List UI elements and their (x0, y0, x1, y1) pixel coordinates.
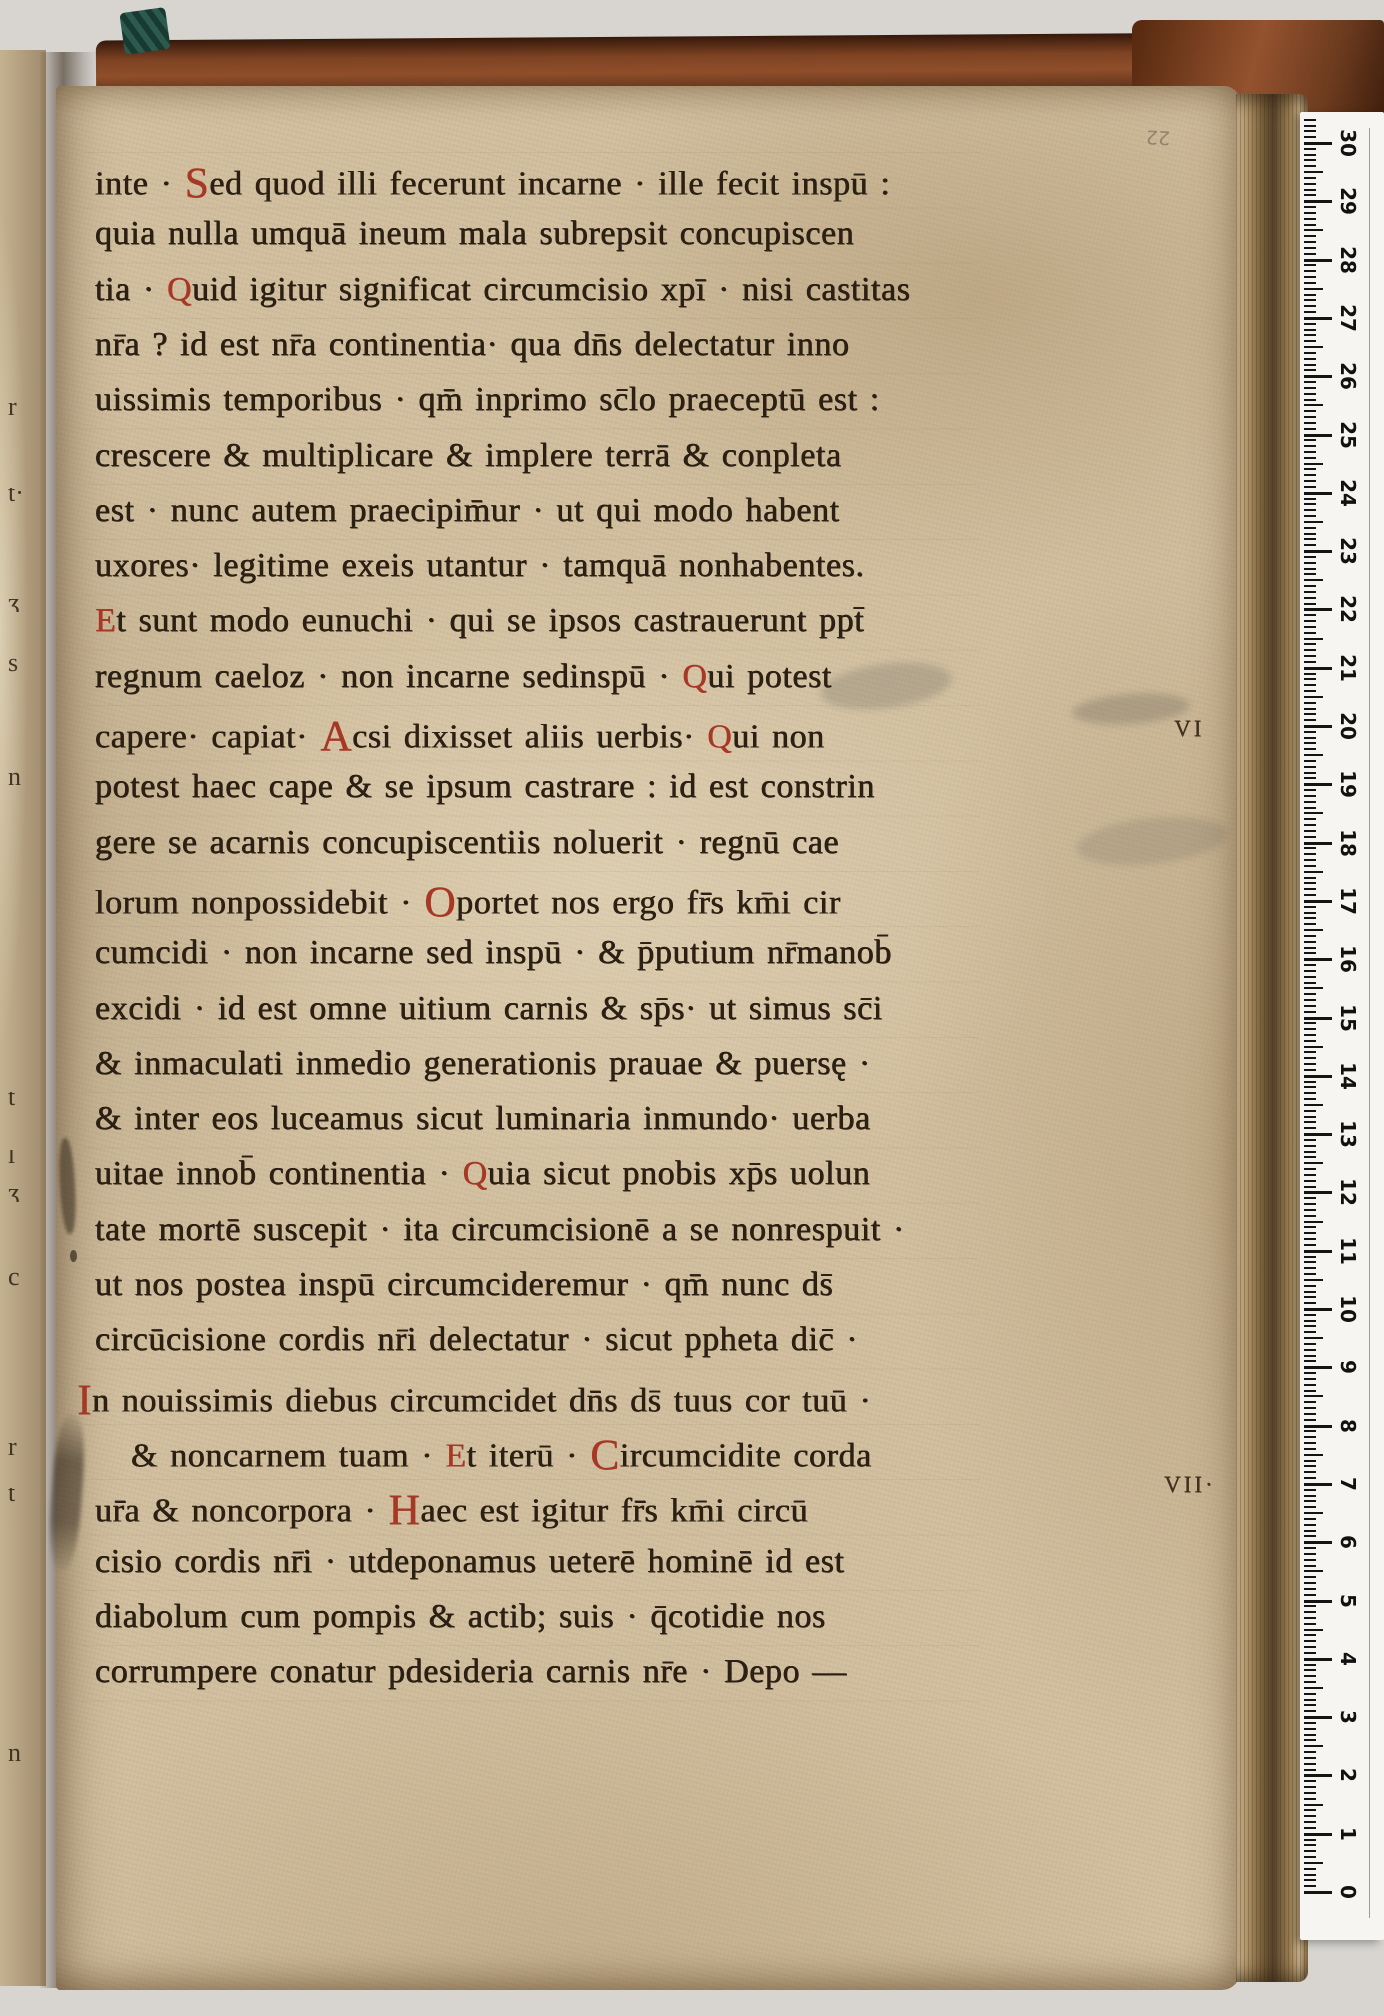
ruler-mm-tick (1304, 1051, 1316, 1053)
ruler-mm-tick (1304, 387, 1316, 389)
ruler-mm-tick (1304, 603, 1316, 605)
ruler-mm-tick (1304, 1436, 1316, 1438)
ruler-mm-tick (1304, 655, 1316, 657)
ruler-mm-tick (1304, 428, 1316, 430)
ruler-mm-tick (1304, 952, 1316, 954)
rubricated-initial: Q (167, 271, 192, 308)
text-block: inte · Sed quod illi fecerunt incarne · … (0, 0, 1384, 2016)
ruler-mm-tick (1304, 1442, 1316, 1444)
ruler-number: 18 (1336, 829, 1360, 857)
ruler-mm-tick (1304, 1267, 1316, 1269)
ruler-mm-tick (1304, 982, 1316, 984)
ruler-mm-tick (1304, 1792, 1316, 1794)
ruler-mm-tick (1304, 1524, 1316, 1526)
ruler-mm-tick (1304, 1005, 1316, 1007)
ruler-number: 11 (1336, 1237, 1360, 1265)
ruler-mm-tick (1304, 544, 1316, 546)
ruler-mm-tick (1304, 218, 1316, 220)
manuscript-line-25: ur̄a & noncorpora · Haec est igitur fr̄s… (95, 1489, 808, 1533)
ruler-mm-tick (1304, 1279, 1323, 1281)
text-segment: t sunt modo eunuchi · qui se ipsos castr… (116, 602, 864, 639)
ruler-mm-tick (1304, 678, 1316, 680)
ruler-mm-tick (1304, 1098, 1316, 1100)
ruler-mm-tick (1304, 1401, 1316, 1403)
ruler-mm-tick (1304, 1699, 1316, 1701)
ruler-mm-tick (1304, 311, 1316, 313)
ruler-mm-tick (1304, 1798, 1316, 1800)
ruler-mm-tick (1304, 119, 1316, 121)
ruler-mm-tick (1304, 1197, 1316, 1199)
ruler-cm-tick (1304, 958, 1332, 961)
ruler-mm-tick (1304, 573, 1316, 575)
ruler-mm-tick (1304, 1419, 1316, 1421)
ruler-mm-tick (1304, 830, 1316, 832)
ruler-mm-tick (1304, 1745, 1323, 1747)
manuscript-line-10: regnum caeloz · non incarne sedinspū · Q… (95, 660, 832, 694)
ruler-mm-tick (1304, 597, 1316, 599)
ruler-mm-tick (1304, 1110, 1316, 1112)
ruler-mm-tick (1304, 1704, 1316, 1706)
ruler-mm-tick (1304, 1203, 1316, 1205)
ruler-mm-tick (1304, 468, 1316, 470)
ruler-mm-tick (1304, 154, 1316, 156)
ruler-mm-tick (1304, 515, 1316, 517)
ruler-mm-tick (1304, 894, 1316, 896)
manuscript-line-8: uxores· legitime exeis utantur · tamquā … (95, 549, 865, 583)
ruler-number: 23 (1336, 537, 1360, 565)
ruler-mm-tick (1304, 632, 1316, 634)
rubricated-initial: Q (707, 718, 732, 755)
ruler-mm-tick (1304, 1081, 1316, 1083)
manuscript-line-28: corrumpere conatur pdesideria carnis nr̄… (95, 1655, 847, 1689)
ruler-mm-tick (1304, 766, 1316, 768)
text-segment: uid igitur significat circumcisio xpī · … (192, 271, 911, 308)
ruler-mm-tick (1304, 1390, 1316, 1392)
ruler-cm-tick (1304, 608, 1332, 611)
ruler-mm-tick (1304, 393, 1316, 395)
ruler-mm-tick (1304, 1040, 1316, 1042)
ruler-mm-tick (1304, 1535, 1316, 1537)
manuscript-line-13: gere se acarnis concupiscentiis noluerit… (95, 826, 839, 860)
rubricated-initial: H (388, 1486, 420, 1534)
ruler-mm-tick (1304, 877, 1316, 879)
ruler-mm-tick (1304, 1786, 1316, 1788)
ruler-cm-tick (1304, 1308, 1332, 1311)
ruler-mm-tick (1304, 422, 1316, 424)
ruler-cm-tick (1304, 667, 1332, 670)
ruler-mm-tick (1304, 474, 1316, 476)
ruler-mm-tick (1304, 859, 1316, 861)
ruler-mm-tick (1304, 1395, 1323, 1397)
ruler-mm-tick (1304, 1518, 1316, 1520)
manuscript-line-2: quia nulla umquā ineum mala subrepsit co… (95, 217, 854, 251)
ruler-mm-tick (1304, 1215, 1316, 1217)
ruler-mm-tick (1304, 305, 1316, 307)
ruler-mm-tick (1304, 1594, 1316, 1596)
text-segment: tia · (95, 271, 167, 308)
rubricated-initial: C (590, 1431, 620, 1479)
ruler-mm-tick (1304, 1238, 1316, 1240)
ruler-mm-tick (1304, 591, 1316, 593)
text-segment: uissimis temporibus · qm̄ inprimo sc̄lo … (95, 381, 880, 418)
manuscript-line-24: & noncarnem tuam · Et iterū · Circumcidi… (131, 1434, 872, 1478)
ruler-mm-tick (1304, 1605, 1316, 1607)
ruler-mm-tick (1304, 1139, 1316, 1141)
ruler-mm-tick (1304, 929, 1323, 931)
ruler-mm-tick (1304, 812, 1323, 814)
ruler-mm-tick (1304, 935, 1316, 937)
ruler-mm-tick (1304, 1868, 1316, 1870)
manuscript-line-17: & inmaculati inmedio generationis prauae… (95, 1047, 871, 1081)
ruler-mm-tick (1304, 1570, 1323, 1572)
ruler-mm-tick (1304, 1343, 1316, 1345)
ruler-mm-tick (1304, 947, 1316, 949)
ruler-cm-tick (1304, 842, 1332, 845)
ruler-mm-tick (1304, 923, 1316, 925)
ruler-mm-tick (1304, 1687, 1323, 1689)
ruler-mm-tick (1304, 1804, 1323, 1806)
ruler-mm-tick (1304, 1325, 1316, 1327)
ruler-number: 24 (1336, 479, 1360, 507)
ruler-mm-tick (1304, 614, 1316, 616)
rubricated-initial: Q (682, 658, 707, 695)
ruler-mm-tick (1304, 299, 1316, 301)
ruler-mm-tick (1304, 1232, 1316, 1234)
ruler-mm-tick (1304, 1063, 1316, 1065)
ruler-number: 30 (1336, 129, 1360, 157)
ruler-mm-tick (1304, 486, 1316, 488)
ruler-mm-tick (1304, 1757, 1316, 1759)
manuscript-line-9: Et sunt modo eunuchi · qui se ipsos cast… (95, 604, 864, 638)
ruler-mm-tick (1304, 1588, 1316, 1590)
ruler-mm-tick (1304, 445, 1316, 447)
ruler-mm-tick (1304, 1640, 1316, 1642)
ruler-mm-tick (1304, 346, 1323, 348)
ruler-mm-tick (1304, 1162, 1323, 1164)
manuscript-line-4: nr̄a ? id est nr̄a continentia· qua dn̄s… (95, 328, 850, 362)
ruler-mm-tick (1304, 696, 1323, 698)
ruler-mm-tick (1304, 1862, 1323, 1864)
ruler-mm-tick (1304, 1634, 1316, 1636)
ruler-mm-tick (1304, 1530, 1316, 1532)
ruler-cm-tick (1304, 725, 1332, 728)
ruler-mm-tick (1304, 1844, 1316, 1846)
ruler-cm-tick (1304, 783, 1332, 786)
manuscript-line-3: tia · Quid igitur significat circumcisio… (95, 273, 911, 307)
ruler-mm-tick (1304, 1547, 1316, 1549)
text-segment: circūcisione cordis nr̄i delectatur · si… (95, 1321, 858, 1358)
ruler-mm-tick (1304, 1331, 1316, 1333)
manuscript-line-18: & inter eos luceamus sicut luminaria inm… (95, 1102, 871, 1136)
ruler-cm-tick (1304, 900, 1332, 903)
ruler-mm-tick (1304, 1174, 1316, 1176)
ruler-mm-tick (1304, 1763, 1316, 1765)
ruler-mm-tick (1304, 912, 1316, 914)
ruler-mm-tick (1304, 521, 1323, 523)
ruler-mm-tick (1304, 1471, 1316, 1473)
ruler-mm-tick (1304, 836, 1316, 838)
ruler-mm-tick (1304, 1646, 1316, 1648)
ruler-mm-tick (1304, 229, 1323, 231)
manuscript-line-6: crescere & multiplicare & implere terrā … (95, 439, 842, 473)
ruler-mm-tick (1304, 1489, 1316, 1491)
ruler-mm-tick (1304, 579, 1323, 581)
manuscript-line-15: cumcidi · non incarne sed inspū · & p̄pu… (95, 936, 892, 970)
ruler-mm-tick (1304, 1221, 1323, 1223)
ruler-number: 15 (1336, 1004, 1360, 1032)
ruler-mm-tick (1304, 323, 1316, 325)
ruler-mm-tick (1304, 1209, 1316, 1211)
ruler-mm-tick (1304, 865, 1316, 867)
ruler-number: 5 (1336, 1587, 1360, 1615)
text-segment: lorum nonpossidebit · (95, 884, 424, 921)
ruler-cm-tick (1304, 259, 1332, 262)
ruler-cm-tick (1304, 1600, 1332, 1603)
ruler-mm-tick (1304, 1092, 1316, 1094)
ruler-mm-tick (1304, 661, 1316, 663)
ruler-mm-tick (1304, 369, 1316, 371)
manuscript-line-12: potest haec cape & se ipsum castrare : i… (95, 770, 875, 804)
ruler-mm-tick (1304, 748, 1316, 750)
ruler-number: 29 (1336, 187, 1360, 215)
ruler-mm-tick (1304, 1454, 1323, 1456)
ruler-mm-tick (1304, 1739, 1316, 1741)
ruler-mm-tick (1304, 329, 1316, 331)
ruler-mm-tick (1304, 130, 1316, 132)
ruler-number: 2 (1336, 1761, 1360, 1789)
ruler-mm-tick (1304, 340, 1316, 342)
ruler-mm-tick (1304, 358, 1316, 360)
ruler-mm-tick (1304, 888, 1316, 890)
manuscript-line-26: cisio cordis nr̄i · utdeponamus ueterē h… (95, 1545, 845, 1579)
ruler-mm-tick (1304, 807, 1316, 809)
ruler-mm-tick (1304, 1769, 1316, 1771)
ruler-cm-tick (1304, 1891, 1332, 1894)
ruler-mm-tick (1304, 241, 1316, 243)
ruler-mm-tick (1304, 970, 1316, 972)
text-segment: ut nos postea inspū circumcideremur · qm… (95, 1266, 833, 1303)
ruler-mm-tick (1304, 1145, 1316, 1147)
ruler-cm-tick (1304, 1133, 1332, 1136)
ruler-mm-tick (1304, 562, 1316, 564)
text-segment: ui non (732, 718, 825, 755)
text-segment: cisio cordis nr̄i · utdeponamus ueterē h… (95, 1543, 845, 1580)
ruler-mm-tick (1304, 1460, 1316, 1462)
ruler-mm-tick (1304, 824, 1316, 826)
ruler-mm-tick (1304, 206, 1316, 208)
ruler-mm-tick (1304, 1885, 1316, 1887)
text-segment: potest haec cape & se ipsum castrare : i… (95, 768, 875, 805)
ruler-mm-tick (1304, 556, 1316, 558)
ruler-cm-tick (1304, 142, 1332, 145)
ruler-cm-tick (1304, 1366, 1332, 1369)
ruler-mm-tick (1304, 247, 1316, 249)
manuscript-line-5: uissimis temporibus · qm̄ inprimo sc̄lo … (95, 383, 880, 417)
ruler-mm-tick (1304, 171, 1323, 173)
ruler-mm-tick (1304, 1011, 1316, 1013)
text-segment: excidi · id est omne uitium carnis & sp̄… (95, 990, 883, 1027)
text-segment: uia sicut pnobis xp̄s uolun (488, 1155, 871, 1192)
ruler-number: 14 (1336, 1062, 1360, 1090)
rubricated-initial: S (185, 159, 210, 207)
ruler-mm-tick (1304, 1652, 1316, 1654)
ruler-mm-tick (1304, 1022, 1316, 1024)
ruler-mm-tick (1304, 987, 1323, 989)
ruler-mm-tick (1304, 1576, 1316, 1578)
ruler-mm-tick (1304, 702, 1316, 704)
ruler-mm-tick (1304, 1296, 1316, 1298)
ruler-mm-tick (1304, 235, 1316, 237)
ruler-mm-tick (1304, 1722, 1316, 1724)
ruler-cm-tick (1304, 434, 1332, 437)
ruler-mm-tick (1304, 463, 1323, 465)
manuscript-line-11: capere· capiat· Acsi dixisset aliis uerb… (95, 715, 825, 759)
ruler-mm-tick (1304, 1734, 1316, 1736)
ruler-mm-tick (1304, 1413, 1316, 1415)
ruler-mm-tick (1304, 1629, 1323, 1631)
ruler-mm-tick (1304, 294, 1316, 296)
ruler-mm-tick (1304, 410, 1316, 412)
ruler-mm-tick (1304, 416, 1316, 418)
ruler-mm-tick (1304, 1314, 1316, 1316)
ruler-mm-tick (1304, 509, 1316, 511)
ruler-mm-tick (1304, 1553, 1316, 1555)
text-segment: gere se acarnis concupiscentiis noluerit… (95, 824, 839, 861)
text-segment: & inter eos luceamus sicut luminaria inm… (95, 1100, 871, 1137)
ruler-mm-tick (1304, 906, 1316, 908)
ruler-mm-tick (1304, 1512, 1323, 1514)
ruler-cm-tick (1304, 1774, 1332, 1777)
ruler-cm-tick (1304, 1191, 1332, 1194)
ruler-mm-tick (1304, 498, 1316, 500)
ruler-cm-tick (1304, 1425, 1332, 1428)
manuscript-line-16: excidi · id est omne uitium carnis & sp̄… (95, 992, 883, 1026)
ruler-mm-tick (1304, 1582, 1316, 1584)
ruler-number: 22 (1336, 595, 1360, 623)
ruler-mm-tick (1304, 649, 1316, 651)
ruler-mm-tick (1304, 760, 1316, 762)
ruler-mm-tick (1304, 1821, 1316, 1823)
ruler-mm-tick (1304, 1710, 1316, 1712)
ruler-mm-tick (1304, 1465, 1316, 1467)
ruler-mm-tick (1304, 713, 1316, 715)
text-segment: uxores· legitime exeis utantur · tamquā … (95, 547, 865, 584)
ruler-mm-tick (1304, 264, 1316, 266)
ruler-mm-tick (1304, 1559, 1316, 1561)
ruler-mm-tick (1304, 1874, 1316, 1876)
ruler-cm-tick (1304, 550, 1332, 553)
ruler-mm-tick (1304, 1360, 1316, 1362)
text-segment: ur̄a & noncorpora · (95, 1493, 388, 1530)
ruler-mm-tick (1304, 673, 1316, 675)
ruler-mm-tick (1304, 643, 1316, 645)
ruler-number: 0 (1336, 1878, 1360, 1906)
ruler-mm-tick (1304, 708, 1316, 710)
ruler-mm-tick (1304, 1675, 1316, 1677)
ruler-cm-tick (1304, 492, 1332, 495)
ruler-mm-tick (1304, 585, 1316, 587)
ruler-mm-tick (1304, 1180, 1316, 1182)
ruler-mm-tick (1304, 1681, 1316, 1683)
ruler-mm-tick (1304, 1827, 1316, 1829)
ruler-mm-tick (1304, 1355, 1316, 1357)
ruler-number: 3 (1336, 1703, 1360, 1731)
ruler-mm-tick (1304, 1611, 1316, 1613)
ruler-mm-tick (1304, 1856, 1316, 1858)
ruler-mm-tick (1304, 1448, 1316, 1450)
ruler-mm-tick (1304, 941, 1316, 943)
ruler-mm-tick (1304, 1116, 1316, 1118)
ruler-mm-tick (1304, 224, 1316, 226)
manuscript-line-7: est · nunc autem praecipim̄ur · ut qui m… (95, 494, 840, 528)
ruler-number: 25 (1336, 421, 1360, 449)
ruler-mm-tick (1304, 457, 1316, 459)
ruler-mm-tick (1304, 1069, 1316, 1071)
ruler-cm-tick (1304, 1483, 1332, 1486)
ruler-mm-tick (1304, 1320, 1316, 1322)
ruler-mm-tick (1304, 719, 1316, 721)
ruler-mm-tick (1304, 737, 1316, 739)
ruler-mm-tick (1304, 1156, 1316, 1158)
ruler-mm-tick (1304, 1028, 1316, 1030)
ruler-mm-tick (1304, 638, 1323, 640)
ruler-number: 19 (1336, 770, 1360, 798)
manuscript-line-1: inte · Sed quod illi fecerunt incarne · … (95, 162, 890, 206)
ruler-mm-tick (1304, 527, 1316, 529)
ruler-mm-tick (1304, 533, 1316, 535)
ruler-mm-tick (1304, 270, 1316, 272)
ruler-mm-tick (1304, 1337, 1323, 1339)
text-segment: tate mortē suscepit · ita circumcisionē … (95, 1211, 905, 1248)
ruler-mm-tick (1304, 1378, 1316, 1380)
ruler-mm-tick (1304, 1349, 1316, 1351)
rubricated-initial: E (95, 602, 116, 639)
ruler-mm-tick (1304, 189, 1316, 191)
rubricated-initial: O (424, 878, 456, 926)
ruler-cm-tick (1304, 200, 1332, 203)
rubricated-initial: Q (463, 1155, 488, 1192)
ruler-mm-tick (1304, 212, 1316, 214)
ruler-number: 26 (1336, 362, 1360, 390)
ruler-mm-tick (1304, 1839, 1316, 1841)
ruler-number: 9 (1336, 1353, 1360, 1381)
ruler-mm-tick (1304, 1384, 1316, 1386)
ruler-mm-tick (1304, 882, 1316, 884)
ruler-mm-tick (1304, 976, 1316, 978)
ruler-number: 17 (1336, 887, 1360, 915)
text-segment: capere· capiat· (95, 718, 320, 755)
ruler-mm-tick (1304, 183, 1316, 185)
text-segment: inte · (95, 165, 185, 202)
ruler-mm-tick (1304, 1669, 1316, 1671)
ruler-mm-tick (1304, 789, 1316, 791)
ruler-number: 21 (1336, 654, 1360, 682)
ruler-mm-tick (1304, 684, 1316, 686)
ruler-mm-tick (1304, 742, 1316, 744)
ruler-mm-tick (1304, 125, 1316, 127)
ruler-mm-tick (1304, 1285, 1316, 1287)
manuscript-photograph: rt·ʒsntſʒcrtn inte · Sed quod illi fecer… (0, 0, 1384, 2016)
ruler-cm-tick (1304, 1658, 1332, 1661)
text-segment: aec est igitur fr̄s km̄i circū (420, 1493, 808, 1530)
ruler-mm-tick (1304, 1623, 1316, 1625)
ruler-number: 7 (1336, 1470, 1360, 1498)
ruler-mm-tick (1304, 253, 1316, 255)
ruler-mm-tick (1304, 503, 1316, 505)
ruler-cm-tick (1304, 1250, 1332, 1253)
measuring-ruler: 0123456789101112131415161718192021222324… (1300, 112, 1384, 1940)
ruler-mm-tick (1304, 964, 1316, 966)
